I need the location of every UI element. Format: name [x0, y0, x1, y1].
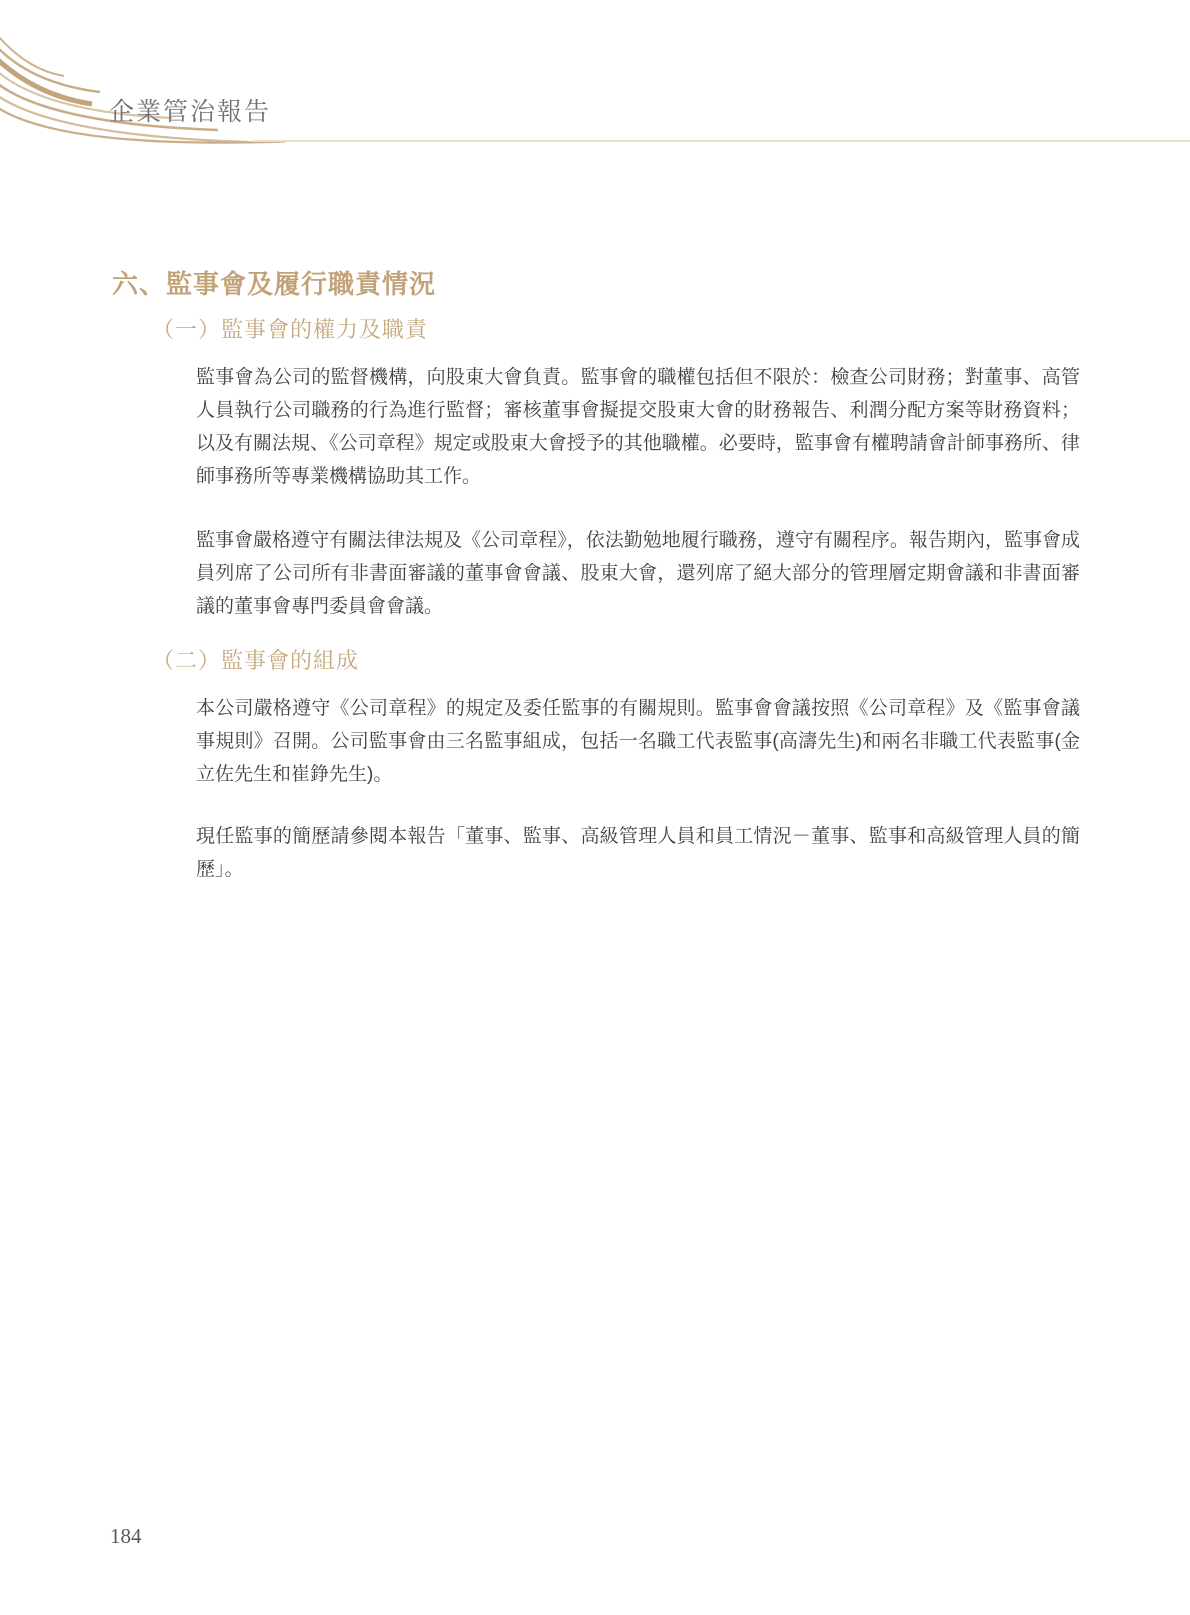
- report-page: 企業管治報告 六、監事會及履行職責情況 （一）監事會的權力及職責 監事會為公司的…: [0, 0, 1190, 1615]
- header-title: 企業管治報告: [109, 92, 271, 128]
- subsection-1-heading: （一）監事會的權力及職責: [152, 317, 1190, 343]
- content-area: 六、監事會及履行職責情況 （一）監事會的權力及職責 監事會為公司的監督機構，向股…: [0, 270, 1190, 886]
- subsection-1-paragraph-1: 監事會為公司的監督機構，向股東大會負責。監事會的職權包括但不限於：檢查公司財務；…: [196, 361, 1080, 493]
- subsection-2-heading: （二）監事會的組成: [152, 648, 1190, 674]
- header-divider: [252, 140, 1190, 142]
- subsection-2-paragraph-1: 本公司嚴格遵守《公司章程》的規定及委任監事的有關規則。監事會會議按照《公司章程》…: [196, 692, 1080, 791]
- page-number: 184: [110, 1526, 142, 1547]
- subsection-1-paragraph-2: 監事會嚴格遵守有關法律法規及《公司章程》，依法勤勉地履行職務，遵守有關程序。報告…: [196, 524, 1080, 623]
- section-heading: 六、監事會及履行職責情況: [112, 270, 1190, 300]
- subsection-2-paragraph-2: 現任監事的簡歷請參閱本報告「董事、監事、高級管理人員和員工情況－董事、監事和高級…: [196, 820, 1080, 886]
